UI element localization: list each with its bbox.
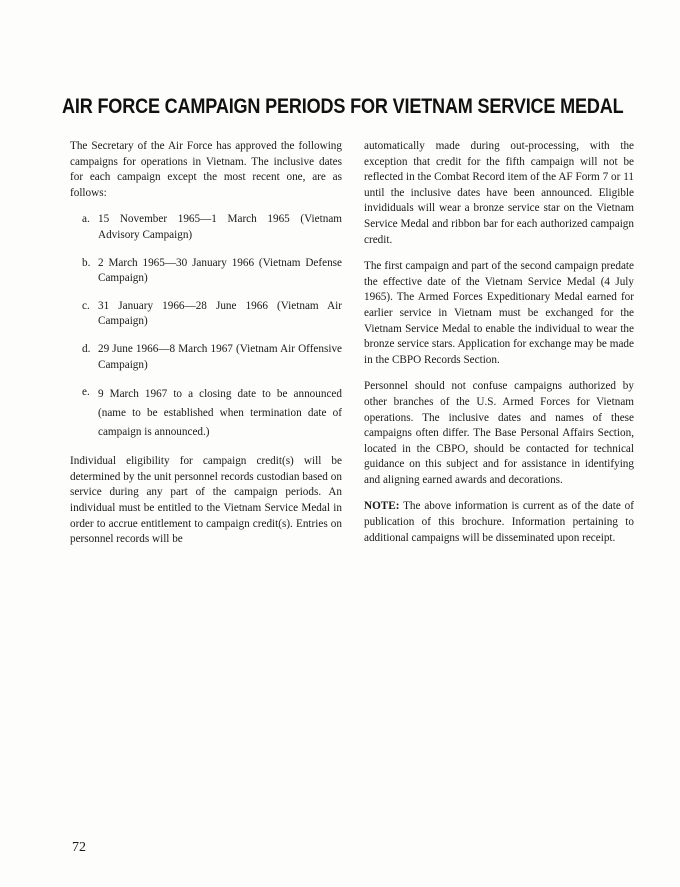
left-column: The Secretary of the Air Force has appro…	[70, 139, 342, 559]
note-label: NOTE:	[364, 500, 399, 512]
personnel-paragraph: Personnel should not confuse campaigns a…	[364, 379, 634, 488]
page-title: AIR FORCE CAMPAIGN PERIODS FOR VIETNAM S…	[62, 94, 650, 119]
right-column: automatically made during out-processing…	[364, 139, 634, 557]
first-campaign-paragraph: The first campaign and part of the secon…	[364, 259, 634, 368]
eligibility-paragraph: Individual eligibility for campaign cred…	[70, 454, 342, 548]
campaign-item-b: b. 2 March 1965—30 January 1966 (Vietnam…	[82, 256, 342, 287]
campaign-label: a.	[82, 212, 98, 243]
campaign-text: 31 January 1966—28 June 1966 (Vietnam Ai…	[98, 299, 342, 330]
note-paragraph: NOTE: The above information is current a…	[364, 499, 634, 546]
campaign-item-a: a. 15 November 1965—1 March 1965 (Vietna…	[82, 212, 342, 243]
campaign-item-e: e. 9 March 1967 to a closing date to be …	[82, 385, 342, 442]
campaign-item-c: c. 31 January 1966—28 June 1966 (Vietnam…	[82, 299, 342, 330]
intro-paragraph: The Secretary of the Air Force has appro…	[70, 139, 342, 201]
campaign-label: b.	[82, 256, 98, 287]
campaign-text: 9 March 1967 to a closing date to be ann…	[98, 385, 342, 442]
page-number: 72	[72, 840, 86, 856]
continuation-paragraph: automatically made during out-processing…	[364, 139, 634, 248]
note-text: The above information is current as of t…	[364, 500, 634, 543]
campaign-label: d.	[82, 342, 98, 373]
campaign-text: 15 November 1965—1 March 1965 (Vietnam A…	[98, 212, 342, 243]
campaign-item-d: d. 29 June 1966—8 March 1967 (Vietnam Ai…	[82, 342, 342, 373]
campaign-text: 29 June 1966—8 March 1967 (Vietnam Air O…	[98, 342, 342, 373]
campaign-text: 2 March 1965—30 January 1966 (Vietnam De…	[98, 256, 342, 287]
campaign-label: e.	[82, 385, 98, 442]
campaign-label: c.	[82, 299, 98, 330]
